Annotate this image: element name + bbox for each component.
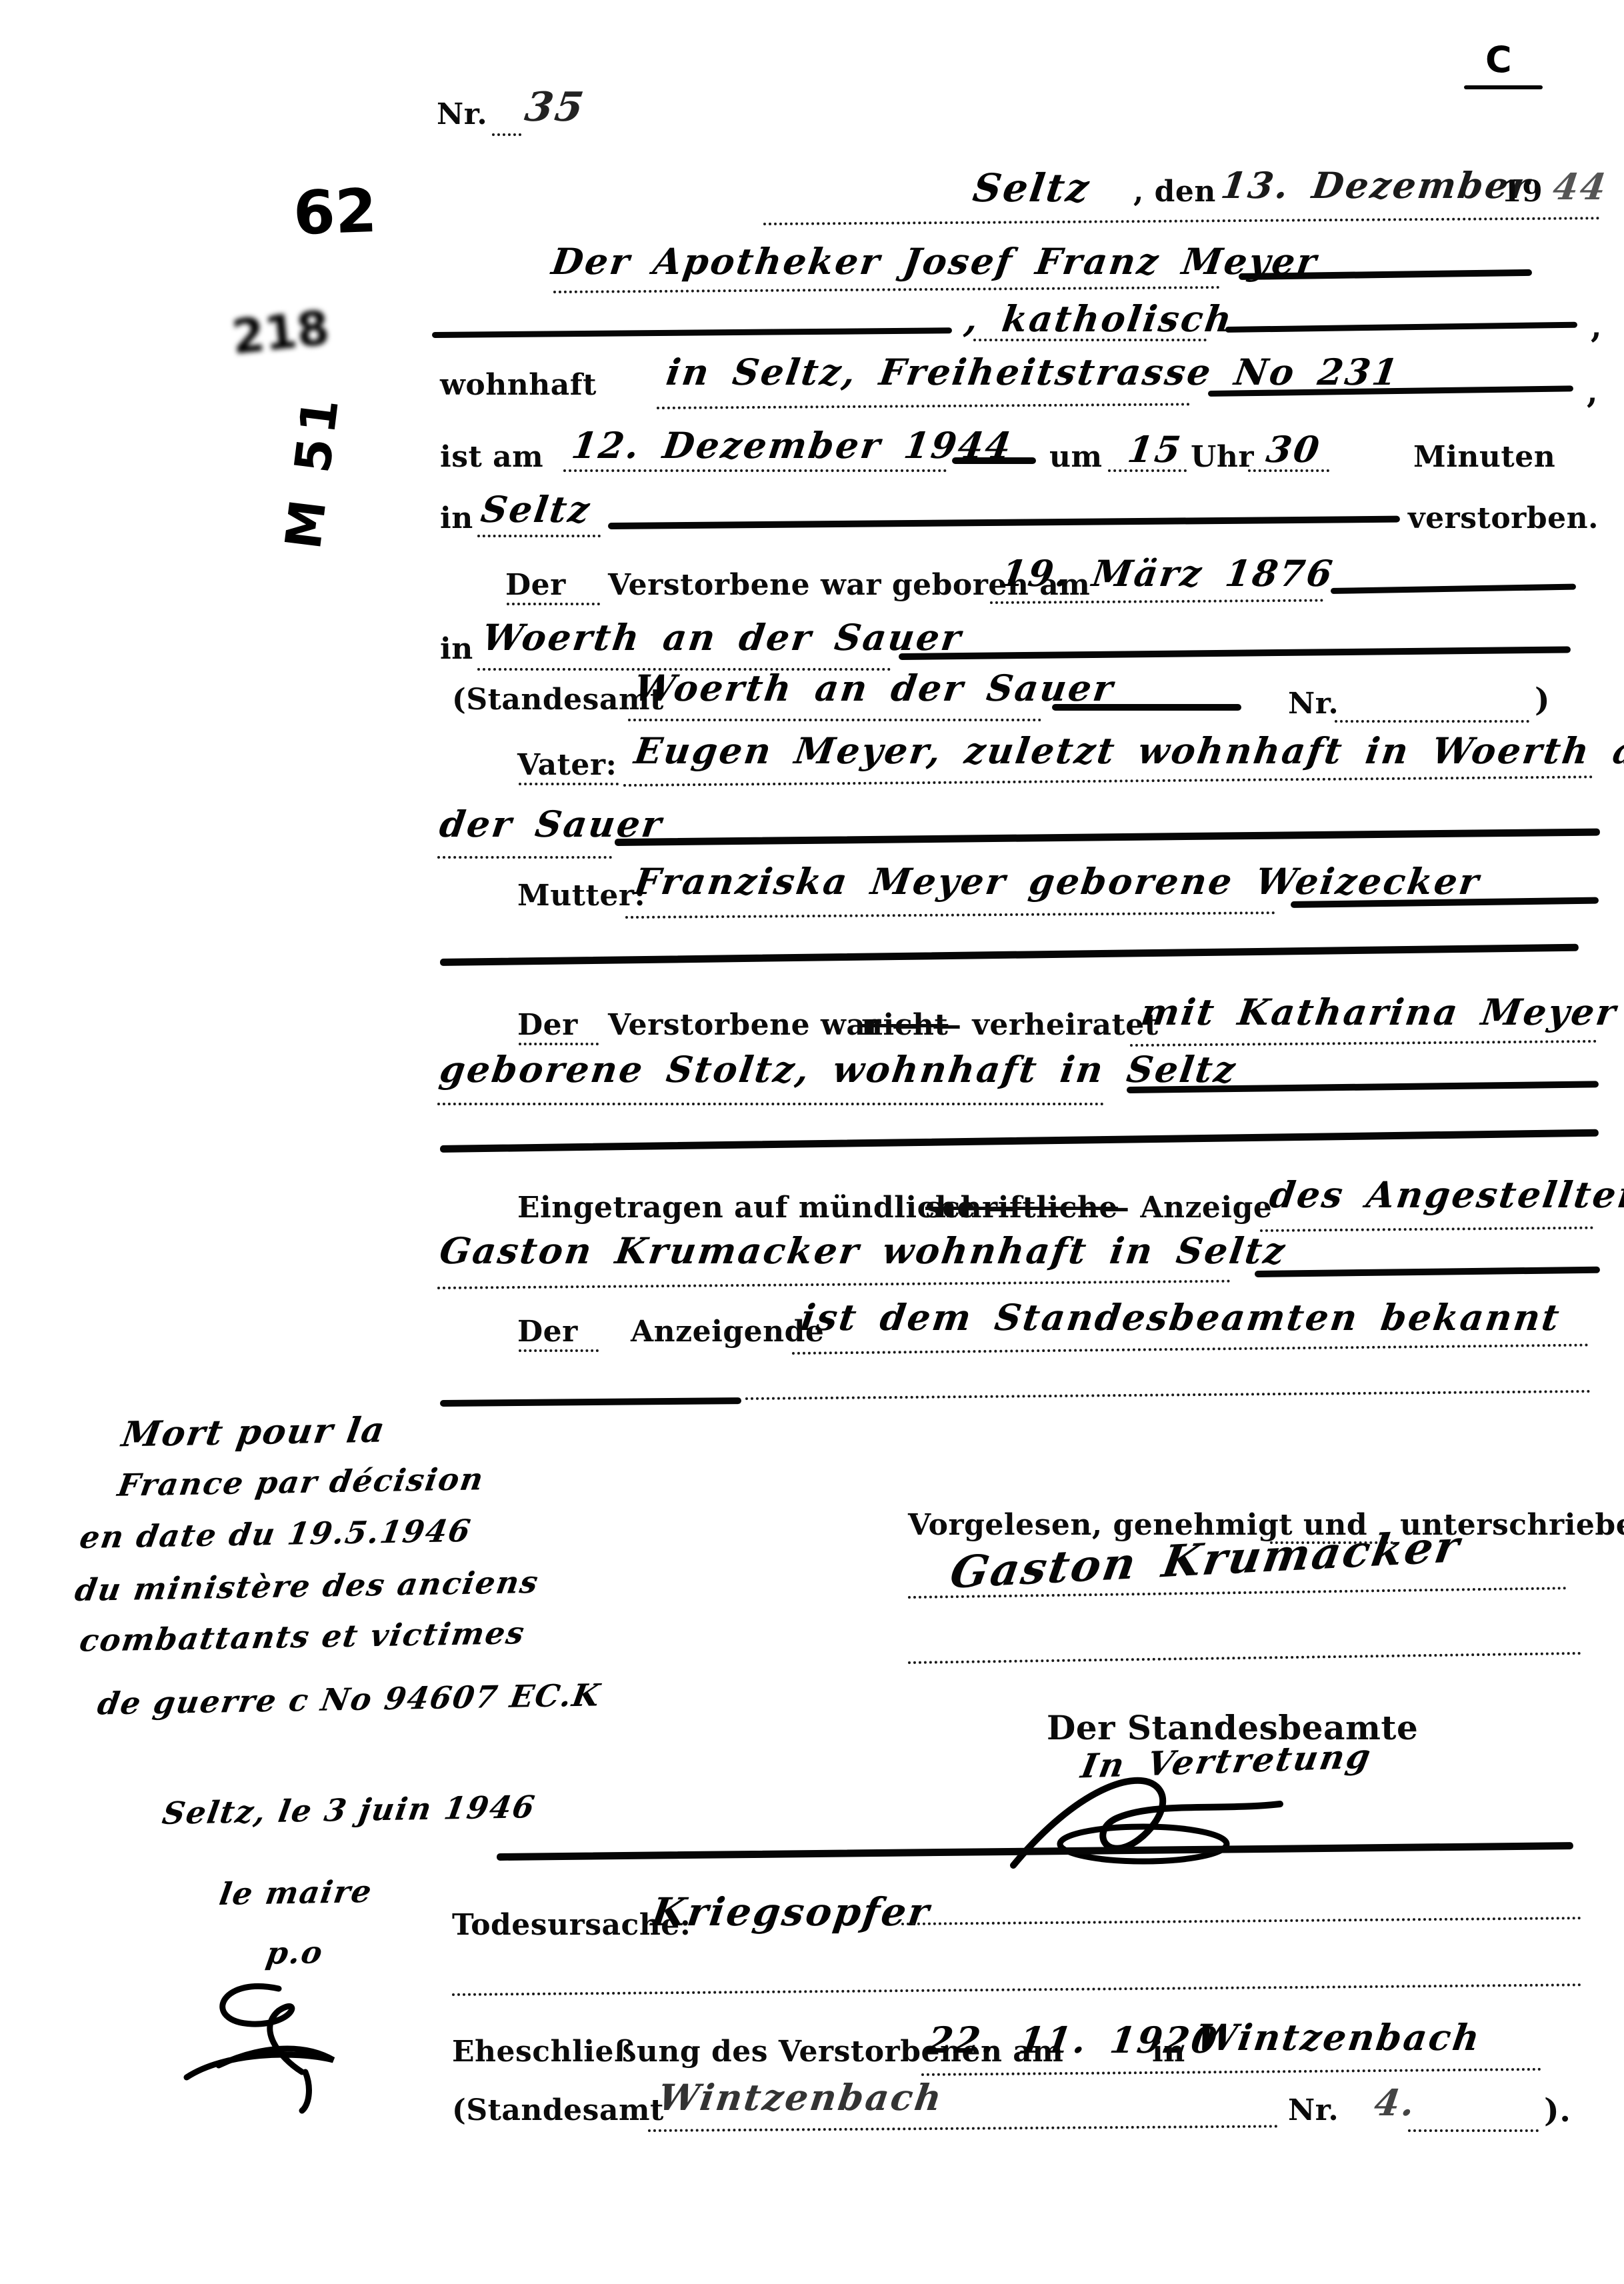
vater-label-dots: [519, 783, 619, 785]
death-date-entry: 12. Dezember 1944: [569, 424, 1016, 467]
deceased-name-entry: Der Apotheker Josef Franz Meyer: [549, 240, 1321, 283]
standesamt2-entry: Wintzenbach: [656, 2076, 947, 2119]
dateline-place: Seltz: [970, 165, 1093, 211]
vater-label: Vater:: [517, 748, 617, 782]
stamp-smudge: 218: [229, 301, 332, 365]
verheiratet-label: — verheiratet: [932, 1008, 1159, 1042]
corner-letter: C: [1485, 39, 1512, 81]
ehe-in-label: in: [1152, 2035, 1185, 2069]
margin-note-line-8: le maire: [217, 1873, 375, 1912]
mutter-baseline: [625, 911, 1275, 919]
divider-line-3: [440, 1397, 741, 1407]
standesamt-fill: [1052, 704, 1241, 711]
hour-entry: 15: [1125, 428, 1185, 471]
residence-entry: in Seltz, Freiheitstrasse No 231: [664, 351, 1403, 393]
schriftliche-struck: schriftliche: [925, 1191, 1118, 1225]
birth-date-entry: 19. März 1876: [999, 552, 1337, 595]
der-label-1: Der: [505, 568, 566, 602]
hour-baseline: [1108, 469, 1187, 472]
margin-note-line-1: Mort pour la: [119, 1410, 389, 1455]
standesamt-paren: ): [1535, 681, 1550, 719]
stamp-m51: M 51: [275, 390, 351, 552]
dateline-date: 13. Dezember: [1219, 164, 1535, 207]
margin-signature-scribble: [179, 1972, 345, 2112]
spouse-entry-2: geborene Stoltz, wohnhaft in Seltz: [437, 1048, 1240, 1091]
stamp-62: 62: [292, 176, 378, 249]
dateline-year-hand: 44: [1551, 165, 1611, 208]
margin-note-line-9: p.o: [264, 1934, 327, 1971]
vater2-baseline: [437, 856, 612, 859]
der1-dots: [507, 603, 600, 605]
dateline-den-label: , den: [1133, 175, 1216, 209]
margin-note-line-6: de guerre c No 94607 EC.K: [95, 1677, 604, 1721]
in-label-2: in: [440, 632, 473, 666]
corner-underline: [1464, 85, 1543, 89]
record-nr-label: Nr.: [437, 97, 487, 131]
standesamt2-label: (Standesamt: [452, 2093, 664, 2127]
der2-dots: [519, 1043, 599, 1045]
standesamt2-nr-value: 4.: [1372, 2081, 1419, 2124]
divider-line-2: [440, 1129, 1599, 1153]
standesamt2-nr-label: Nr.: [1288, 2093, 1339, 2127]
birth-place-fill: [899, 646, 1571, 660]
vater-entry: Eugen Meyer, zuletzt wohnhaft in Woerth …: [632, 729, 1624, 772]
religion-fill-left: [432, 327, 952, 338]
religion-fill-right: [1225, 322, 1577, 333]
declarant-baseline: [437, 1280, 1231, 1289]
death-register-scan: C Nr. 35 62 218 M 51 Seltz , den 13. Dez…: [0, 0, 1624, 2284]
margin-note-line-4: du ministère des anciens: [73, 1564, 542, 1608]
signature-rule-2: [908, 1652, 1581, 1664]
birth-date-fill: [1331, 584, 1576, 594]
spouse1-baseline: [1130, 1040, 1597, 1047]
birth-place-entry: Woerth an der Sauer: [480, 616, 966, 659]
death-place-entry: Seltz: [479, 488, 594, 531]
empty-rule: [452, 1983, 1582, 1996]
verstorben-label: verstorben.: [1408, 501, 1599, 535]
ehe-baseline: [921, 2068, 1541, 2076]
der-label-2: Der: [517, 1008, 578, 1042]
der-label-3: Der: [517, 1315, 578, 1349]
uhr-label: Uhr: [1191, 440, 1254, 474]
standesamt-entry: Woerth an der Sauer: [632, 667, 1118, 709]
dateline-rule: [763, 217, 1600, 225]
minuten-label: Minuten: [1413, 440, 1555, 474]
dateline-year-printed: 19: [1501, 175, 1543, 209]
ehe-place-entry: Wintzenbach: [1194, 2016, 1485, 2059]
margin-note-line-3: en date du 19.5.1946: [77, 1513, 474, 1555]
religion-baseline: [973, 339, 1207, 341]
residence-baseline: [657, 403, 1190, 409]
der3-dots: [519, 1349, 599, 1352]
margin-note-line-7: Seltz, le 3 juin 1946: [160, 1789, 538, 1831]
bekannt-baseline: [792, 1343, 1589, 1355]
bekannt-entry: ist dem Standesbeamten bekannt: [799, 1296, 1564, 1339]
vater-baseline: [623, 775, 1593, 787]
divider-line-1: [440, 944, 1579, 966]
record-nr-value: 35: [522, 84, 588, 131]
religion-entry: , katholisch: [963, 297, 1237, 340]
margin-note-line-2: France par décision: [115, 1461, 487, 1503]
record-nr-dots: [492, 133, 521, 136]
standesamt2-baseline: [648, 2125, 1278, 2132]
spouse-entry-1: mit Katharina Meyer: [1139, 991, 1621, 1033]
standesamt-baseline: [628, 719, 1041, 721]
standesamt-label: (Standesamt: [452, 683, 664, 717]
death-place-baseline: [477, 535, 601, 537]
standesamt-nr-label: Nr.: [1288, 687, 1339, 721]
standesamt2-nr-dots: [1408, 2129, 1539, 2132]
spouse2-baseline: [437, 1103, 1104, 1105]
anzeigende-label: Anzeigende: [631, 1315, 824, 1349]
margin-note-line-5: combattants et victimes: [77, 1615, 528, 1659]
minute-entry: 30: [1264, 428, 1324, 471]
death-place-fill: [608, 516, 1400, 529]
standesamt-nr-dots: [1335, 720, 1529, 723]
mutter-label: Mutter:: [517, 879, 645, 913]
declarant-fill: [1255, 1267, 1600, 1277]
minute-baseline: [1248, 469, 1329, 472]
declarant-entry: Gaston Krumacker wohnhaft in Seltz: [437, 1229, 1289, 1272]
residence-trailing-comma: ,: [1587, 373, 1598, 411]
todesursache-entry: Kriegsopfer: [649, 1889, 933, 1935]
um-label: um: [1049, 440, 1103, 474]
death-date-baseline: [563, 469, 947, 472]
ist-am-label: ist am: [440, 440, 543, 474]
death-date-fill: [952, 457, 1036, 464]
divider-dots-3: [745, 1390, 1591, 1400]
wohnhaft-label: wohnhaft: [440, 368, 597, 402]
anzeige-label: — Anzeige: [1100, 1191, 1272, 1225]
declarant-rel-baseline: [1260, 1227, 1593, 1232]
vater2-fill: [615, 829, 1600, 846]
mutter-entry: Franziska Meyer geborene Weizecker: [632, 860, 1483, 903]
in-label-1: in: [440, 501, 473, 535]
name-baseline: [553, 286, 1220, 293]
todesursache-dots: [901, 1917, 1581, 1925]
standesamt2-paren: ).: [1544, 2092, 1571, 2129]
official-signature-scribble: [1000, 1765, 1300, 1872]
declarant-rel-entry: des Angestellten: [1267, 1173, 1624, 1216]
religion-trailing-comma: ,: [1591, 308, 1602, 345]
